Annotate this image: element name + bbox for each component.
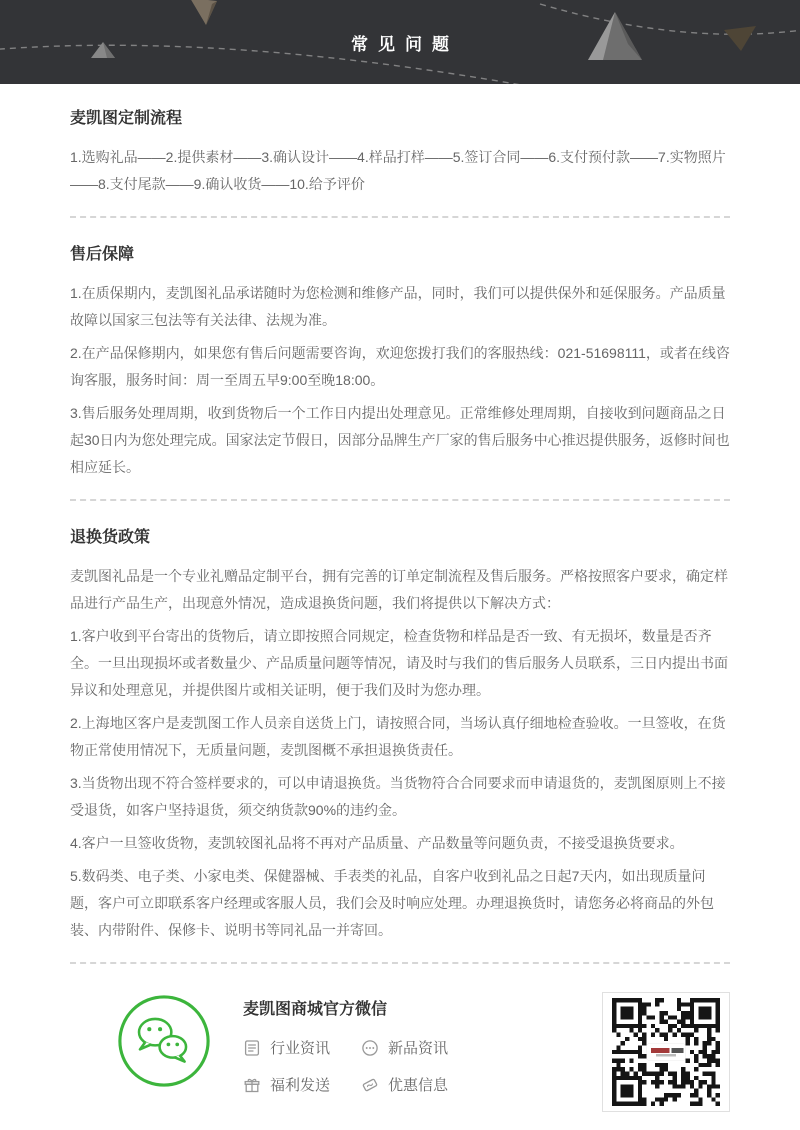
dashed-divider [70, 499, 730, 501]
faq-content: 麦凯图定制流程 1.选购礼品——2.提供素材——3.确认设计——4.样品打样——… [0, 84, 800, 1130]
dashed-divider [70, 216, 730, 218]
paragraph: 麦凯图礼品是一个专业礼赠品定制平台，拥有完善的订单定制流程及售后服务。严格按照客… [70, 563, 730, 617]
page-title: 常见问题 [0, 0, 800, 84]
page-header: 常见问题 [0, 0, 800, 84]
news-doc-icon [243, 1039, 261, 1057]
section-heading: 退换货政策 [70, 527, 730, 549]
new-products-icon [361, 1039, 379, 1057]
wechat-item-new-products: 新品资讯 [361, 1037, 479, 1058]
paragraph: 5.数码类、电子类、小家电类、保健器械、手表类的礼品，自客户收到礼品之日起7天内… [70, 863, 730, 944]
paragraph: 2.在产品保修期内，如果您有售后问题需要咨询，欢迎您拨打我们的客服热线：021-… [70, 340, 730, 394]
wechat-item-label: 行业资讯 [270, 1037, 330, 1058]
wechat-item-benefits: 福利发送 [243, 1074, 361, 1095]
wechat-item-industry-news: 行业资讯 [243, 1037, 361, 1058]
dashed-divider [70, 962, 730, 964]
wechat-item-label: 优惠信息 [388, 1074, 448, 1095]
paragraph: 1.客户收到平台寄出的货物后，请立即按照合同规定，检查货物和样品是否一致、有无损… [70, 623, 730, 704]
qr-code [602, 992, 730, 1112]
paragraph: 4.客户一旦签收货物，麦凯较图礼品将不再对产品质量、产品数量等问题负责，不接受退… [70, 830, 730, 857]
wechat-item-label: 福利发送 [270, 1074, 330, 1095]
wechat-item-discounts: 优惠信息 [361, 1074, 479, 1095]
gift-icon [243, 1076, 261, 1094]
wechat-icon [115, 992, 213, 1090]
coupon-icon [361, 1076, 379, 1094]
process-steps-text: 1.选购礼品——2.提供素材——3.确认设计——4.样品打样——5.签订合同——… [70, 144, 730, 198]
wechat-info: 麦凯图商城官方微信 行业资讯 新品资讯 [243, 992, 479, 1095]
paragraph: 2.上海地区客户是麦凯图工作人员亲自送货上门，请按照合同，当场认真仔细地检查验收… [70, 710, 730, 764]
paragraph: 3.售后服务处理周期，收到货物后一个工作日内提出处理意见。正常维修处理周期，自接… [70, 400, 730, 481]
paragraph: 3.当货物出现不符合签样要求的，可以申请退换货。当货物符合合同要求而申请退货的，… [70, 770, 730, 824]
wechat-feature-grid: 行业资讯 新品资讯 [243, 1037, 479, 1095]
section-after-sales: 售后保障 1.在质保期内，麦凯图礼品承诺随时为您检测和维修产品，同时，我们可以提… [70, 244, 730, 481]
section-custom-process: 麦凯图定制流程 1.选购礼品——2.提供素材——3.确认设计——4.样品打样——… [70, 108, 730, 198]
paragraph: 1.在质保期内，麦凯图礼品承诺随时为您检测和维修产品，同时，我们可以提供保外和延… [70, 280, 730, 334]
wechat-footer: 麦凯图商城官方微信 行业资讯 新品资讯 [70, 990, 730, 1130]
wechat-item-label: 新品资讯 [388, 1037, 448, 1058]
section-heading: 麦凯图定制流程 [70, 108, 730, 130]
section-heading: 售后保障 [70, 244, 730, 266]
section-return-policy: 退换货政策 麦凯图礼品是一个专业礼赠品定制平台，拥有完善的订单定制流程及售后服务… [70, 527, 730, 944]
wechat-title: 麦凯图商城官方微信 [243, 996, 479, 1019]
